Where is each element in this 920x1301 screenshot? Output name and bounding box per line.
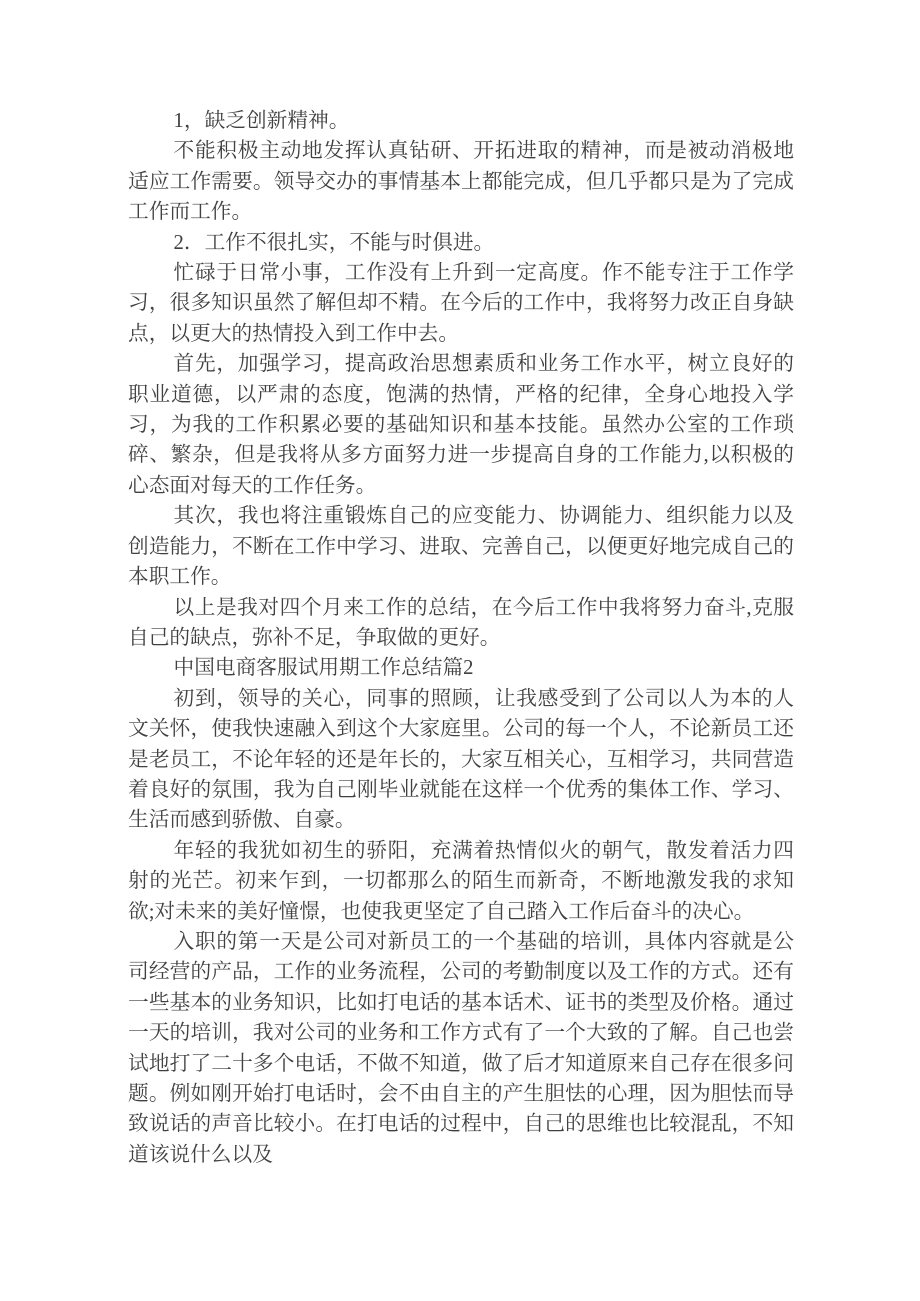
paragraph: 入职的第一天是公司对新员工的一个基础的培训，具体内容就是公司经营的产品，工作的业… <box>128 927 794 1170</box>
text-block: 1，缺乏创新精神。 不能积极主动地发挥认真钻研、开拓进取的精神，而是被动消极地适… <box>128 106 794 1170</box>
paragraph: 其次，我也将注重锻炼自己的应变能力、协调能力、组织能力以及创造能力，不断在工作中… <box>128 501 794 592</box>
document-page: 1，缺乏创新精神。 不能积极主动地发挥认真钻研、开拓进取的精神，而是被动消极地适… <box>0 0 920 1301</box>
paragraph: 不能积极主动地发挥认真钻研、开拓进取的精神，而是被动消极地适应工作需要。领导交办… <box>128 136 794 227</box>
paragraph: 初到，领导的关心，同事的照顾，让我感受到了公司以人为本的人文关怀，使我快速融入到… <box>128 684 794 836</box>
paragraph: 首先，加强学习，提高政治思想素质和业务工作水平，树立良好的职业道德，以严肃的态度… <box>128 349 794 501</box>
list-item-2-heading: 2．工作不很扎实，不能与时俱进。 <box>128 228 794 258</box>
list-item-1-heading: 1，缺乏创新精神。 <box>128 106 794 136</box>
paragraph: 以上是我对四个月来工作的总结，在今后工作中我将努力奋斗,克服自己的缺点，弥补不足… <box>128 593 794 654</box>
section-heading: 中国电商客服试用期工作总结篇2 <box>128 653 794 683</box>
paragraph: 忙碌于日常小事，工作没有上升到一定高度。作不能专注于工作学习，很多知识虽然了解但… <box>128 258 794 349</box>
paragraph: 年轻的我犹如初生的骄阳，充满着热情似火的朝气，散发着活力四射的光芒。初来乍到，一… <box>128 836 794 927</box>
